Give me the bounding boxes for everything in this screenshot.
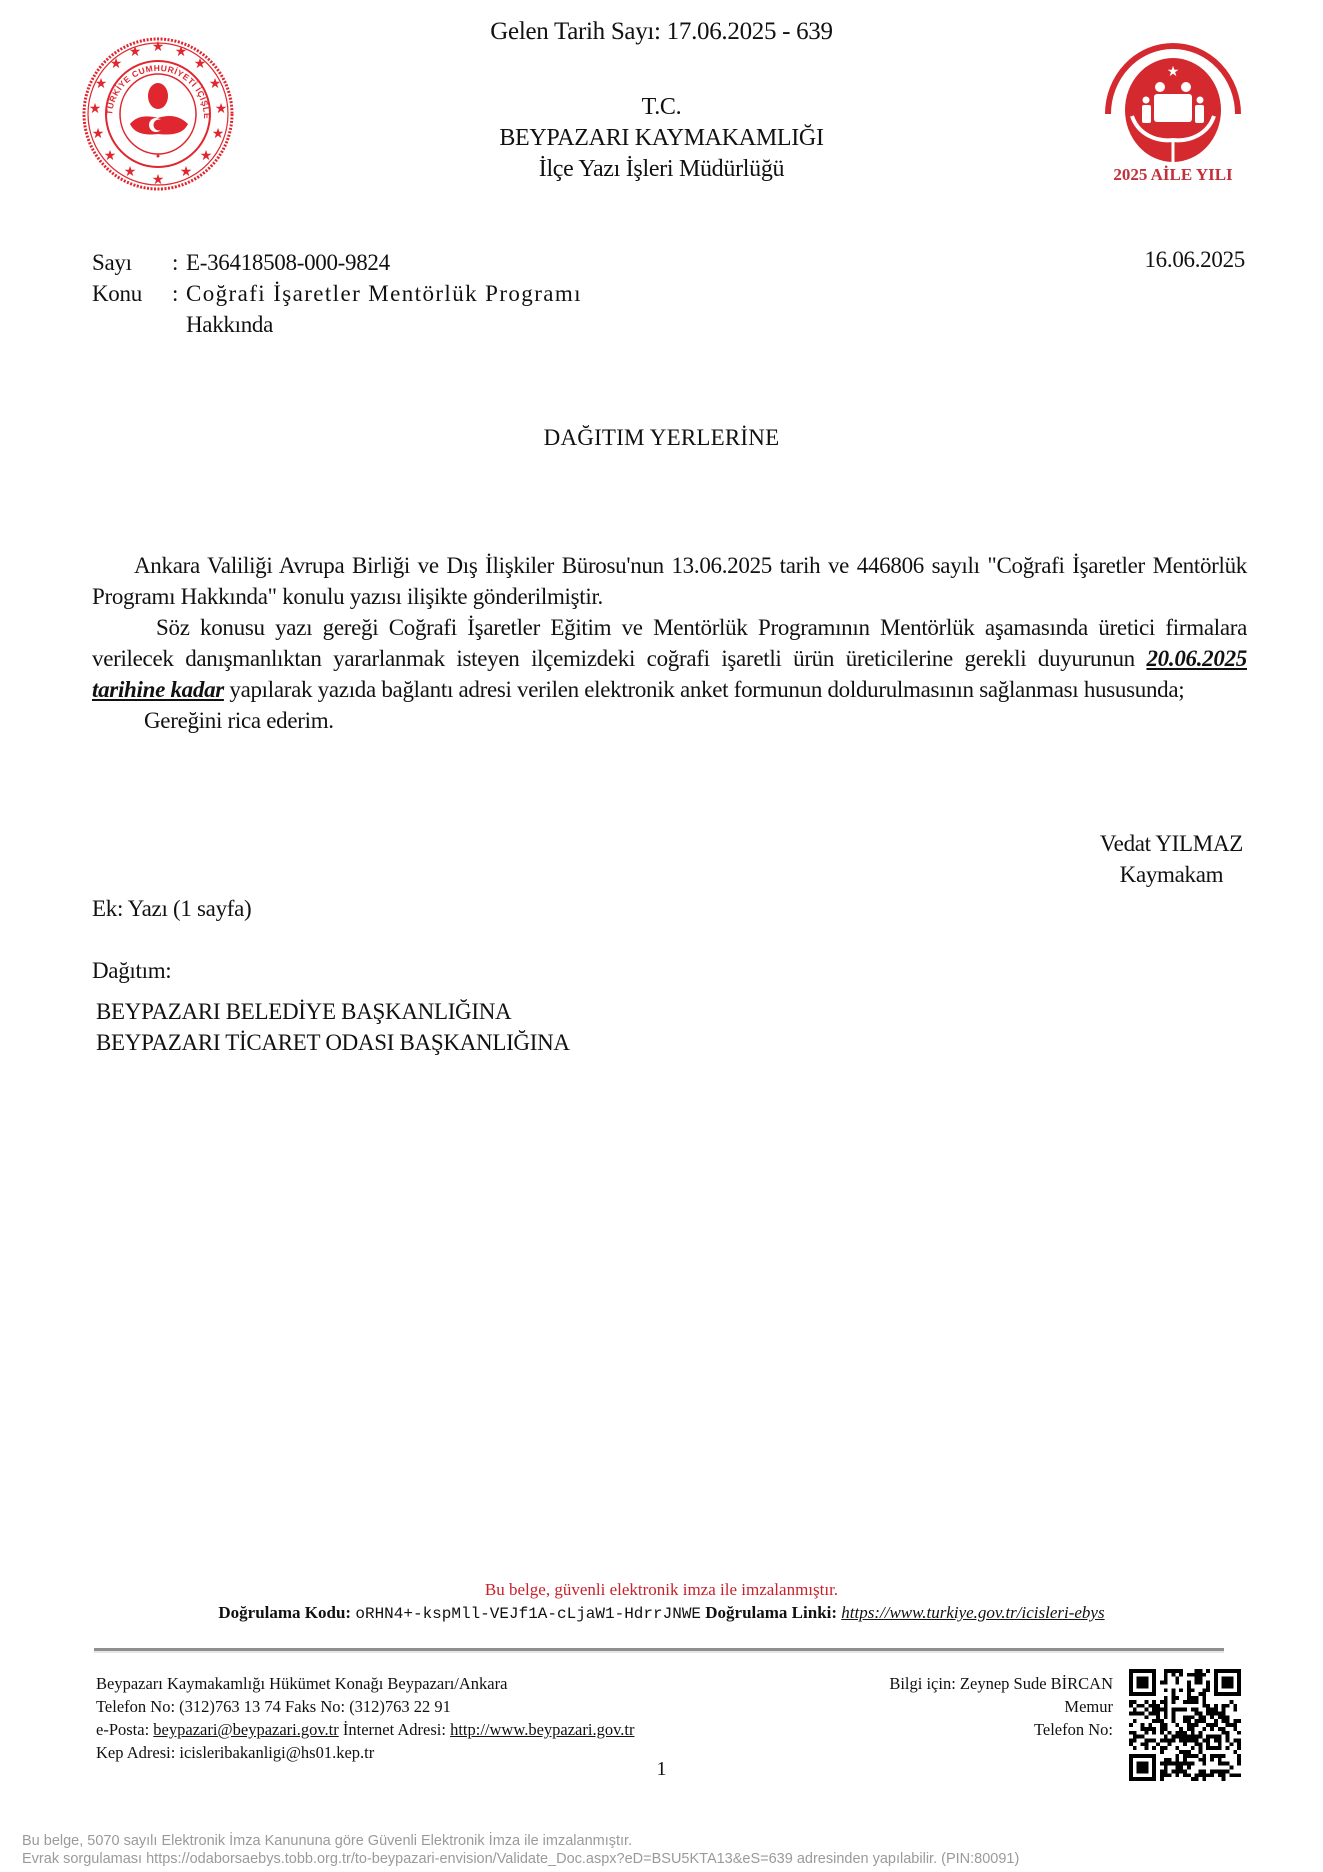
verification-link-label: Doğrulama Linki:	[705, 1603, 837, 1622]
subject-row-2: Hakkında	[92, 309, 582, 340]
svg-text:★: ★	[194, 55, 207, 71]
svg-text:★: ★	[129, 43, 142, 59]
attachment-note: Ek: Yazı (1 sayfa)	[92, 896, 251, 922]
recipients-heading: DAĞITIM YERLERİNE	[0, 425, 1323, 451]
email-label: e-Posta:	[96, 1720, 149, 1739]
footer-divider	[94, 1648, 1224, 1653]
number-row: Sayı : E-36418508-000-9824	[92, 247, 582, 278]
email-link[interactable]: beypazari@beypazari.gov.tr	[153, 1720, 338, 1739]
legal-footer-line2: Evrak sorgulaması https://odaborsaebys.t…	[22, 1850, 1019, 1868]
contact-address: Beypazarı Kaymakamlığı Hükümet Konağı Be…	[96, 1672, 634, 1695]
body-paragraph-2: Söz konusu yazı gereği Coğrafi İşaretler…	[92, 612, 1247, 705]
verification-line: Doğrulama Kodu: oRHN4+-kspMll-VEJf1A-cLj…	[0, 1603, 1323, 1623]
web-link[interactable]: http://www.beypazari.gov.tr	[450, 1720, 634, 1739]
esignature-note: Bu belge, güvenli elektronik imza ile im…	[0, 1580, 1323, 1600]
incoming-label: Gelen Tarih Sayı:	[490, 18, 660, 45]
svg-text:★: ★	[110, 55, 123, 71]
body-paragraph-1: Ankara Valiliği Avrupa Birliği ve Dış İl…	[92, 550, 1247, 612]
qr-code-icon	[1129, 1669, 1241, 1781]
info-phone-label: Telefon No:	[889, 1718, 1113, 1741]
legal-footer-line1: Bu belge, 5070 sayılı Elektronik İmza Ka…	[22, 1832, 1019, 1850]
svg-text:★: ★	[95, 75, 108, 91]
body-p2-text: Söz konusu yazı gereği Coğrafi İşaretler…	[92, 615, 1247, 671]
document-date: 16.06.2025	[1144, 247, 1245, 273]
info-block: Bilgi için: Zeynep Sude BİRCAN Memur Tel…	[889, 1672, 1113, 1741]
distribution-item: BEYPAZARI TİCARET ODASI BAŞKANLIĞINA	[96, 1027, 570, 1058]
letterhead: T.C. BEYPAZARI KAYMAKAMLIĞI İlçe Yazı İş…	[0, 92, 1323, 185]
signature-block: Vedat YILMAZ Kaymakam	[1100, 828, 1243, 890]
svg-text:★: ★	[1167, 63, 1180, 79]
verification-link[interactable]: https://www.turkiye.gov.tr/icisleri-ebys	[841, 1603, 1104, 1622]
letterhead-tc: T.C.	[0, 92, 1323, 123]
contact-phone: Telefon No: (312)763 13 74 Faks No: (312…	[96, 1695, 634, 1718]
body-p2-text-end: yapılarak yazıda bağlantı adresi verilen…	[224, 677, 1184, 702]
svg-text:★: ★	[175, 43, 188, 59]
page-number: 1	[0, 1758, 1323, 1781]
incoming-value: 17.06.2025 - 639	[667, 18, 833, 45]
svg-text:★: ★	[152, 38, 165, 54]
signatory-name: Vedat YILMAZ	[1100, 828, 1243, 859]
distribution-item: BEYPAZARI BELEDİYE BAŞKANLIĞINA	[96, 996, 570, 1027]
letterhead-department: İlçe Yazı İşleri Müdürlüğü	[0, 154, 1323, 185]
body-paragraph-3: Gereğini rica ederim.	[92, 705, 1247, 736]
subject-separator: :	[172, 278, 186, 309]
document-meta: Sayı : E-36418508-000-9824 Konu : Coğraf…	[92, 247, 582, 340]
verification-code-label: Doğrulama Kodu:	[218, 1603, 351, 1622]
letterhead-institution: BEYPAZARI KAYMAKAMLIĞI	[0, 123, 1323, 154]
number-value: E-36418508-000-9824	[186, 247, 390, 278]
subject-value-line2: Hakkında	[186, 309, 273, 340]
number-label: Sayı	[92, 247, 172, 278]
subject-value-line1: Coğrafi İşaretler Mentörlük Programı	[186, 278, 582, 309]
subject-label: Konu	[92, 278, 172, 309]
svg-text:★: ★	[209, 75, 222, 91]
contact-block: Beypazarı Kaymakamlığı Hükümet Konağı Be…	[96, 1672, 634, 1764]
subject-row: Konu : Coğrafi İşaretler Mentörlük Progr…	[92, 278, 582, 309]
info-contact-person: Bilgi için: Zeynep Sude BİRCAN	[889, 1672, 1113, 1695]
number-separator: :	[172, 247, 186, 278]
qr-code	[1129, 1669, 1241, 1781]
info-role: Memur	[889, 1695, 1113, 1718]
letter-body: Ankara Valiliği Avrupa Birliği ve Dış İl…	[92, 550, 1247, 736]
signatory-title: Kaymakam	[1100, 859, 1243, 890]
legal-footer: Bu belge, 5070 sayılı Elektronik İmza Ka…	[22, 1832, 1019, 1868]
verification-code: oRHN4+-kspMll-VEJf1A-cLjaW1-HdrrJNWE	[355, 1605, 701, 1623]
contact-email-web: e-Posta: beypazari@beypazari.gov.tr İnte…	[96, 1718, 634, 1741]
distribution-label: Dağıtım:	[92, 958, 171, 984]
distribution-list: BEYPAZARI BELEDİYE BAŞKANLIĞINA BEYPAZAR…	[96, 996, 570, 1058]
web-label: İnternet Adresi:	[343, 1720, 446, 1739]
